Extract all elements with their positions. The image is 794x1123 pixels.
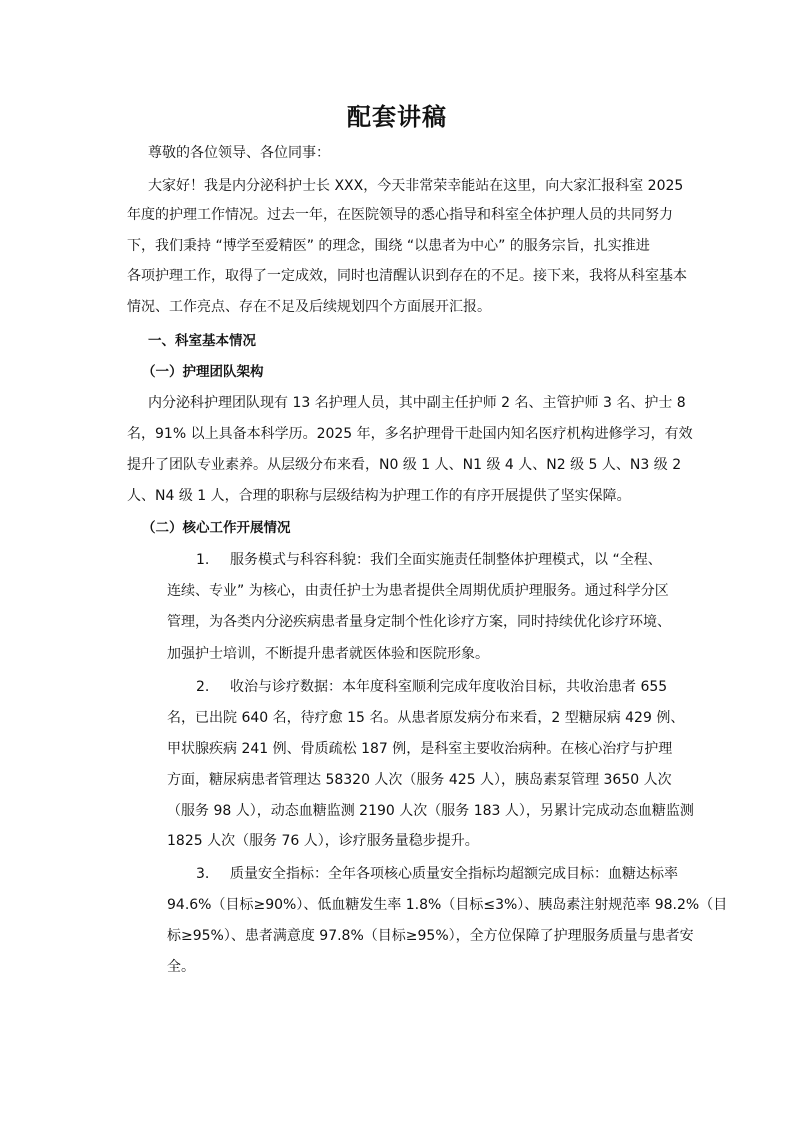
paragraph-line: 情况、工作亮点、存在不足及后续规划四个方面展开汇报。 (127, 297, 491, 317)
paragraph-line: 方面，糖尿病患者管理达 58320 人次（服务 425 人），胰岛素泵管理 36… (167, 770, 672, 790)
list-text: 质量安全指标：全年各项核心质量安全指标均超额完成目标：血糖达标率 (230, 866, 678, 882)
paragraph-line: 名，已出院 640 名，待疗愈 15 名。从患者原发病分布来看，2 型糖尿病 4… (167, 708, 684, 728)
paragraph-line: 年度的护理工作情况。过去一年，在医院领导的悉心指导和科室全体护理人员的共同努力 (127, 205, 673, 225)
paragraph-line: 连续、专业” 为核心，由责任护士为患者提供全周期优质护理服务。通过科学分区 (167, 581, 669, 601)
paragraph-line: 名，91% 以上具备本科学历。2025 年，多名护理骨干赴国内知名医疗机构进修学… (127, 424, 693, 444)
list-text: 服务模式与科容科貌：我们全面实施责任制整体护理模式，以 “全程、 (230, 552, 662, 568)
document-title: 配套讲稿 (0, 101, 794, 133)
list-item-first-line: 2.收治与诊疗数据：本年度科室顺利完成年度收治目标，共收治患者 655 (196, 677, 667, 697)
list-number: 3. (196, 864, 230, 884)
paragraph-line: 全。 (167, 957, 195, 977)
paragraph-line: 1825 人次（服务 76 人），诊疗服务量稳步提升。 (167, 831, 479, 851)
list-number: 1. (196, 550, 230, 570)
section-heading: 一、科室基本情况 (148, 331, 256, 351)
list-item-first-line: 1.服务模式与科容科貌：我们全面实施责任制整体护理模式，以 “全程、 (196, 550, 662, 570)
paragraph-line: 各项护理工作，取得了一定成效，同时也清醒认识到存在的不足。接下来，我将从科室基本 (127, 266, 687, 286)
paragraph-line: 94.6%（目标≥90%）、低血糖发生率 1.8%（目标≤3%）、胰岛素注射规范… (167, 895, 727, 915)
paragraph-line: 大家好！我是内分泌科护士长 XXX，今天非常荣幸能站在这里，向大家汇报科室 20… (148, 176, 683, 196)
paragraph-line: 标≥95%）、患者满意度 97.8%（目标≥95%），全方位保障了护理服务质量与… (167, 926, 694, 946)
paragraph-line: 下，我们秉持 “博学至爱精医” 的理念，围绕 “以患者为中心” 的服务宗旨，扎实… (127, 236, 650, 256)
subsection-heading: （一）护理团队架构 (142, 362, 264, 382)
paragraph-line: 加强护士培训，不断提升患者就医体验和医院形象。 (167, 644, 489, 664)
paragraph-line: 提升了团队专业素养。从层级分布来看，N0 级 1 人、N1 级 4 人、N2 级… (127, 455, 681, 475)
paragraph-line: 甲状腺疾病 241 例、骨质疏松 187 例，是科室主要收治病种。在核心治疗与护… (167, 739, 672, 759)
subsection-heading: （二）核心工作开展情况 (142, 518, 291, 538)
greeting: 尊敬的各位领导、各位同事： (148, 143, 330, 163)
paragraph-line: 人、N4 级 1 人，合理的职称与层级结构为护理工作的有序开展提供了坚实保障。 (127, 486, 631, 506)
paragraph-line: 管理，为各类内分泌疾病患者量身定制个性化诊疗方案，同时持续优化诊疗环境、 (167, 612, 671, 632)
list-number: 2. (196, 677, 230, 697)
document-page: 配套讲稿 尊敬的各位领导、各位同事： 大家好！我是内分泌科护士长 XXX，今天非… (0, 0, 794, 1123)
list-text: 收治与诊疗数据：本年度科室顺利完成年度收治目标，共收治患者 655 (230, 679, 667, 695)
paragraph-line: （服务 98 人），动态血糖监测 2190 人次（服务 183 人），另累计完成… (167, 801, 694, 821)
paragraph-line: 内分泌科护理团队现有 13 名护理人员，其中副主任护师 2 名、主管护师 3 名… (148, 393, 686, 413)
list-item-first-line: 3.质量安全指标：全年各项核心质量安全指标均超额完成目标：血糖达标率 (196, 864, 678, 884)
